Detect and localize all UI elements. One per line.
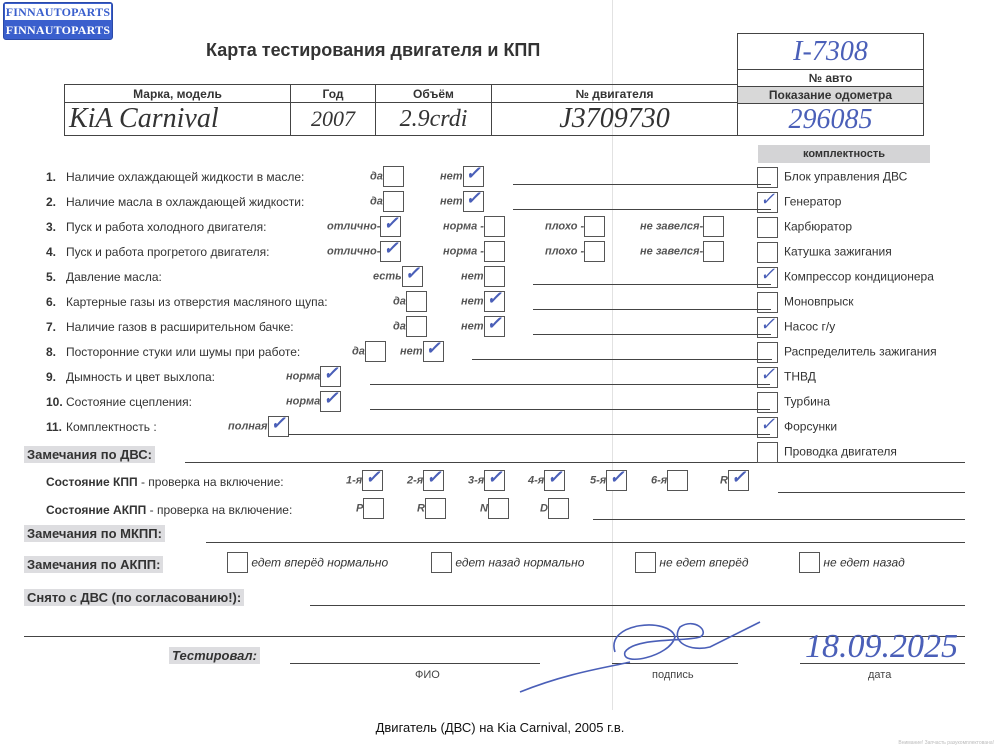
signature-label: подпись xyxy=(652,669,694,681)
kpp-notes-line[interactable] xyxy=(778,492,965,493)
kpp-gear-7: R✓ xyxy=(720,470,749,491)
completeness-item[interactable]: Карбюратор xyxy=(757,217,852,238)
kpp-gear-2-label: 2-я xyxy=(407,475,423,487)
q11-option-1-checkbox[interactable]: ✓ xyxy=(268,416,289,437)
q2-option-2-label: нет xyxy=(440,196,463,208)
question-text: Пуск и работа прогретого двигателя: xyxy=(66,245,270,259)
kpp-gear-1-checkbox[interactable]: ✓ xyxy=(362,470,383,491)
form-title: Карта тестирования двигателя и КПП xyxy=(206,40,540,61)
removed-line[interactable] xyxy=(310,605,965,606)
q4-option-2: норма - xyxy=(443,241,505,262)
removed-from-engine-label: Снято с ДВС (по согласованию!): xyxy=(24,589,244,606)
q2-option-2: нет✓ xyxy=(440,191,484,212)
q8-option-2-checkbox[interactable]: ✓ xyxy=(423,341,444,362)
auto-no-label: № авто xyxy=(738,70,923,87)
akpp-remark-option-2[interactable]: едет назад нормально xyxy=(431,552,584,573)
signature-scribble xyxy=(510,612,770,697)
kpp-gear-7-label: R xyxy=(720,475,728,487)
volume-value: 2.9crdi xyxy=(376,103,492,136)
q7-option-1: да xyxy=(393,316,427,337)
question-number: 3. xyxy=(46,220,66,234)
q7-option-2-checkbox[interactable]: ✓ xyxy=(484,316,505,337)
q6-notes-line[interactable] xyxy=(533,309,771,310)
q8-option-1: да xyxy=(352,341,386,362)
q9-option-1-checkbox[interactable]: ✓ xyxy=(320,366,341,387)
akpp-pos-r-label: R xyxy=(417,503,425,515)
question-3: 3.Пуск и работа холодного двигателя: xyxy=(46,220,266,234)
check-mark-icon: ✓ xyxy=(323,363,338,384)
kpp-gear-5-label: 5-я xyxy=(590,475,606,487)
completeness-item-label: ТНВД xyxy=(784,370,816,384)
akpp-remark-checkbox[interactable] xyxy=(227,552,248,573)
q4-option-3-label: плохо - xyxy=(545,246,584,258)
q1-option-1-label: да xyxy=(370,171,383,183)
question-text: Состояние сцепления: xyxy=(66,395,192,409)
q3-option-4: не завелся- xyxy=(640,216,724,237)
akpp-remark-label: не едет назад xyxy=(820,556,905,570)
kpp-gear-2-checkbox[interactable]: ✓ xyxy=(423,470,444,491)
completeness-item[interactable]: Блок управления ДВС xyxy=(757,167,907,188)
akpp-pos-d-checkbox[interactable] xyxy=(548,498,569,519)
question-text: Пуск и работа холодного двигателя: xyxy=(66,220,266,234)
q8-option-2: нет✓ xyxy=(400,341,444,362)
kpp-gear-5-checkbox[interactable]: ✓ xyxy=(606,470,627,491)
q2-option-1-checkbox[interactable] xyxy=(383,191,404,212)
check-mark-icon: ✓ xyxy=(466,163,481,184)
q1-option-2-label: нет xyxy=(440,171,463,183)
q5-option-1: есть✓ xyxy=(373,266,423,287)
completeness-checkbox[interactable] xyxy=(757,217,778,238)
akpp-pos-r-checkbox[interactable] xyxy=(425,498,446,519)
year-value: 2007 xyxy=(291,103,376,136)
akpp-check-label: Состояние АКПП - проверка на включение: xyxy=(46,503,292,517)
check-mark-icon: ✓ xyxy=(760,314,775,335)
kpp-gear-1: 1-я✓ xyxy=(346,470,383,491)
kpp-gear-6: 6-я xyxy=(651,470,688,491)
q11-option-1-label: полная xyxy=(228,421,268,433)
akpp-remark-label: не едет вперёд xyxy=(656,556,749,570)
kpp-label-rest: - проверка на включение: xyxy=(138,475,284,489)
check-mark-icon: ✓ xyxy=(760,364,775,385)
q6-option-2-label: нет xyxy=(461,296,484,308)
check-mark-icon: ✓ xyxy=(271,413,286,434)
q1-option-2: нет✓ xyxy=(440,166,484,187)
akpp-remark-checkbox[interactable] xyxy=(799,552,820,573)
odometer-value: 296085 xyxy=(738,104,923,135)
q10-option-1-label: норма xyxy=(286,396,320,408)
question-number: 8. xyxy=(46,345,66,359)
question-number: 9. xyxy=(46,370,66,384)
completeness-checkbox[interactable] xyxy=(757,442,778,463)
akpp-pos-n-label: N xyxy=(480,503,488,515)
date-value: 18.09.2025 xyxy=(805,628,958,666)
akpp-pos-p-checkbox[interactable] xyxy=(363,498,384,519)
akpp-label-rest: - проверка на включение: xyxy=(146,503,292,517)
check-mark-icon: ✓ xyxy=(760,264,775,285)
question-8: 8.Посторонние стуки или шумы при работе: xyxy=(46,345,300,359)
check-mark-icon: ✓ xyxy=(383,213,398,234)
remarks-mkpp-line[interactable] xyxy=(206,542,965,543)
col-volume: Объём xyxy=(376,85,492,103)
q5-notes-line[interactable] xyxy=(533,284,771,285)
q1-option-1-checkbox[interactable] xyxy=(383,166,404,187)
question-number: 2. xyxy=(46,195,66,209)
kpp-check-label: Состояние КПП - проверка на включение: xyxy=(46,475,284,489)
check-mark-icon: ✓ xyxy=(487,467,502,488)
vehicle-id-box: I-7308 № авто Показание одометра 296085 xyxy=(737,33,924,136)
q3-option-3: плохо - xyxy=(545,216,605,237)
q8-notes-line[interactable] xyxy=(472,359,772,360)
akpp-pos-d-label: D xyxy=(540,503,548,515)
akpp-remark-option-4[interactable]: не едет назад xyxy=(799,552,905,573)
image-caption: Двигатель (ДВС) на Kia Carnival, 2005 г.… xyxy=(0,720,1000,735)
q3-option-4-checkbox[interactable] xyxy=(703,216,724,237)
question-9: 9.Дымность и цвет выхлопа: xyxy=(46,370,215,384)
akpp-remark-checkbox[interactable] xyxy=(635,552,656,573)
check-mark-icon: ✓ xyxy=(760,414,775,435)
check-mark-icon: ✓ xyxy=(731,467,746,488)
question-2: 2.Наличие масла в охлаждающей жидкости: xyxy=(46,195,304,209)
q5-option-1-checkbox[interactable]: ✓ xyxy=(402,266,423,287)
tested-by-label: Тестировал: xyxy=(169,647,260,664)
q7-notes-line[interactable] xyxy=(533,334,771,335)
kpp-label-bold: Состояние КПП xyxy=(46,475,138,489)
question-text: Наличие охлаждающей жидкости в масле: xyxy=(66,170,304,184)
q10-option-1-checkbox[interactable]: ✓ xyxy=(320,391,341,412)
question-text: Посторонние стуки или шумы при работе: xyxy=(66,345,300,359)
question-text: Дымность и цвет выхлопа: xyxy=(66,370,215,384)
fio-line[interactable] xyxy=(290,663,540,664)
q4-option-3-checkbox[interactable] xyxy=(584,241,605,262)
auto-no-value: I-7308 xyxy=(738,34,923,70)
odometer-label: Показание одометра xyxy=(738,87,923,104)
col-engine-no: № двигателя xyxy=(492,85,738,103)
engine-no-value: J3709730 xyxy=(492,103,738,136)
akpp-pos-d: D xyxy=(540,498,569,519)
kpp-gear-5: 5-я✓ xyxy=(590,470,627,491)
check-mark-icon: ✓ xyxy=(323,388,338,409)
completeness-item-label: Турбина xyxy=(784,395,830,409)
remarks-mkpp-label: Замечания по МКПП: xyxy=(24,525,165,542)
q2-option-1: да xyxy=(370,191,404,212)
completeness-item-label: Распределитель зажигания xyxy=(784,345,937,359)
q2-option-1-label: да xyxy=(370,196,383,208)
q9-notes-line[interactable] xyxy=(370,384,770,385)
completeness-item[interactable]: Катушка зажигания xyxy=(757,242,892,263)
completeness-item-label: Проводка двигателя xyxy=(784,445,897,459)
q2-option-2-checkbox[interactable]: ✓ xyxy=(463,191,484,212)
vehicle-header-table: Марка, модель Год Объём № двигателя KiA … xyxy=(64,84,738,136)
q5-option-2-checkbox[interactable] xyxy=(484,266,505,287)
check-mark-icon: ✓ xyxy=(609,467,624,488)
kpp-gear-3-checkbox[interactable]: ✓ xyxy=(484,470,505,491)
completeness-heading: комплектность xyxy=(758,145,930,163)
remarks-dvs-label: Замечания по ДВС: xyxy=(24,446,155,463)
akpp-remark-option-3[interactable]: не едет вперёд xyxy=(635,552,749,573)
question-1: 1.Наличие охлаждающей жидкости в масле: xyxy=(46,170,304,184)
q5-option-2-label: нет xyxy=(461,271,484,283)
q6-option-1-label: да xyxy=(393,296,406,308)
akpp-remark-label: едет назад нормально xyxy=(452,556,584,570)
make-model-value: KiA Carnival xyxy=(65,103,291,136)
q3-option-2: норма - xyxy=(443,216,505,237)
kpp-gear-3-label: 3-я xyxy=(468,475,484,487)
completeness-item[interactable]: Моновпрыск xyxy=(757,292,854,313)
akpp-remark-option-1[interactable]: едет вперёд нормально xyxy=(227,552,388,573)
q6-option-1-checkbox[interactable] xyxy=(406,291,427,312)
kpp-gear-4: 4-я✓ xyxy=(528,470,565,491)
akpp-label-bold: Состояние АКПП xyxy=(46,503,146,517)
check-mark-icon: ✓ xyxy=(547,467,562,488)
completeness-item-label: Моновпрыск xyxy=(784,295,854,309)
watermark-text: Внимание! Запчасть разукомплектована! xyxy=(898,740,994,746)
q8-option-1-checkbox[interactable] xyxy=(365,341,386,362)
akpp-pos-n-checkbox[interactable] xyxy=(488,498,509,519)
question-number: 1. xyxy=(46,170,66,184)
kpp-gear-4-label: 4-я xyxy=(528,475,544,487)
completeness-checkbox[interactable] xyxy=(757,242,778,263)
q4-option-3: плохо - xyxy=(545,241,605,262)
question-number: 5. xyxy=(46,270,66,284)
akpp-remark-label: едет вперёд нормально xyxy=(248,556,388,570)
date-label: дата xyxy=(868,669,891,681)
completeness-item[interactable]: ✓Компрессор кондиционера xyxy=(757,267,934,288)
q7-option-1-checkbox[interactable] xyxy=(406,316,427,337)
q3-option-1: отлично-✓ xyxy=(327,216,401,237)
kpp-gear-3: 3-я✓ xyxy=(468,470,505,491)
completeness-item-label: Форсунки xyxy=(784,420,837,434)
completeness-item-label: Генератор xyxy=(784,195,841,209)
q3-option-1-checkbox[interactable]: ✓ xyxy=(380,216,401,237)
q4-option-1: отлично-✓ xyxy=(327,241,401,262)
question-11: 11.Комплектность : xyxy=(46,420,157,434)
check-mark-icon: ✓ xyxy=(426,338,441,359)
question-number: 7. xyxy=(46,320,66,334)
completeness-item[interactable]: Распределитель зажигания xyxy=(757,342,937,363)
question-number: 11. xyxy=(46,420,66,434)
q1-option-2-checkbox[interactable]: ✓ xyxy=(463,166,484,187)
akpp-pos-r: R xyxy=(417,498,446,519)
kpp-gear-6-checkbox[interactable] xyxy=(667,470,688,491)
check-mark-icon: ✓ xyxy=(487,288,502,309)
kpp-gear-4-checkbox[interactable]: ✓ xyxy=(544,470,565,491)
q3-option-3-checkbox[interactable] xyxy=(584,216,605,237)
q3-option-1-label: отлично- xyxy=(327,221,380,233)
q5-option-2: нет xyxy=(461,266,505,287)
question-10: 10.Состояние сцепления: xyxy=(46,395,192,409)
remarks-akpp-label: Замечания по АКПП: xyxy=(24,556,163,573)
question-number: 6. xyxy=(46,295,66,309)
q4-option-4-label: не завелся- xyxy=(640,246,703,258)
q5-option-1-label: есть xyxy=(373,271,402,283)
completeness-item-label: Компрессор кондиционера xyxy=(784,270,934,284)
question-text: Наличие газов в расширительном бачке: xyxy=(66,320,294,334)
q9-option-1-label: норма xyxy=(286,371,320,383)
q4-option-1-label: отлично- xyxy=(327,246,380,258)
check-mark-icon: ✓ xyxy=(487,313,502,334)
check-mark-icon: ✓ xyxy=(383,238,398,259)
q3-option-3-label: плохо - xyxy=(545,221,584,233)
akpp-notes-line[interactable] xyxy=(593,519,965,520)
q4-option-4-checkbox[interactable] xyxy=(703,241,724,262)
akpp-remark-checkbox[interactable] xyxy=(431,552,452,573)
fio-label: ФИО xyxy=(415,669,440,681)
q9-option-1: норма✓ xyxy=(286,366,341,387)
q6-option-2: нет✓ xyxy=(461,291,505,312)
question-number: 10. xyxy=(46,395,66,409)
col-make-model: Марка, модель xyxy=(65,85,291,103)
check-mark-icon: ✓ xyxy=(405,263,420,284)
completeness-item[interactable]: Проводка двигателя xyxy=(757,442,897,463)
question-text: Картерные газы из отверстия масляного щу… xyxy=(66,295,328,309)
check-mark-icon: ✓ xyxy=(365,467,380,488)
question-7: 7.Наличие газов в расширительном бачке: xyxy=(46,320,294,334)
question-number: 4. xyxy=(46,245,66,259)
kpp-gear-7-checkbox[interactable]: ✓ xyxy=(728,470,749,491)
logo-line-1: FINNAUTOPARTS xyxy=(5,4,111,20)
kpp-gear-1-label: 1-я xyxy=(346,475,362,487)
q3-option-4-label: не завелся- xyxy=(640,221,703,233)
akpp-pos-p-label: P xyxy=(356,503,363,515)
question-6: 6.Картерные газы из отверстия масляного … xyxy=(46,295,328,309)
q3-option-2-checkbox[interactable] xyxy=(484,216,505,237)
q6-option-1: да xyxy=(393,291,427,312)
col-year: Год xyxy=(291,85,376,103)
brand-logo: FINNAUTOPARTS FINNAUTOPARTS xyxy=(3,2,113,40)
kpp-gear-2: 2-я✓ xyxy=(407,470,444,491)
check-mark-icon: ✓ xyxy=(466,188,481,209)
kpp-gear-6-label: 6-я xyxy=(651,475,667,487)
check-mark-icon: ✓ xyxy=(426,467,441,488)
completeness-item-label: Блок управления ДВС xyxy=(784,170,907,184)
q7-option-2-label: нет xyxy=(461,321,484,333)
q3-option-2-label: норма - xyxy=(443,221,484,233)
q4-option-2-label: норма - xyxy=(443,246,484,258)
q11-option-1: полная✓ xyxy=(228,416,289,437)
q7-option-2: нет✓ xyxy=(461,316,505,337)
q2-notes-line[interactable] xyxy=(513,209,771,210)
question-4: 4.Пуск и работа прогретого двигателя: xyxy=(46,245,270,259)
q10-notes-line[interactable] xyxy=(370,409,770,410)
completeness-item-label: Насос г/у xyxy=(784,320,835,334)
check-mark-icon: ✓ xyxy=(760,189,775,210)
q7-option-1-label: да xyxy=(393,321,406,333)
q4-option-4: не завелся- xyxy=(640,241,724,262)
q4-option-2-checkbox[interactable] xyxy=(484,241,505,262)
question-text: Давление масла: xyxy=(66,270,162,284)
q8-option-1-label: да xyxy=(352,346,365,358)
completeness-item-label: Катушка зажигания xyxy=(784,245,892,259)
q11-notes-line[interactable] xyxy=(288,434,770,435)
question-5: 5.Давление масла: xyxy=(46,270,162,284)
akpp-pos-n: N xyxy=(480,498,509,519)
q8-option-2-label: нет xyxy=(400,346,423,358)
completeness-item-label: Карбюратор xyxy=(784,220,852,234)
q10-option-1: норма✓ xyxy=(286,391,341,412)
q4-option-1-checkbox[interactable]: ✓ xyxy=(380,241,401,262)
question-text: Комплектность : xyxy=(66,420,157,434)
logo-line-2: FINNAUTOPARTS xyxy=(4,21,112,39)
q1-option-1: да xyxy=(370,166,404,187)
q1-notes-line[interactable] xyxy=(513,184,771,185)
question-text: Наличие масла в охлаждающей жидкости: xyxy=(66,195,304,209)
q6-option-2-checkbox[interactable]: ✓ xyxy=(484,291,505,312)
akpp-pos-p: P xyxy=(356,498,384,519)
